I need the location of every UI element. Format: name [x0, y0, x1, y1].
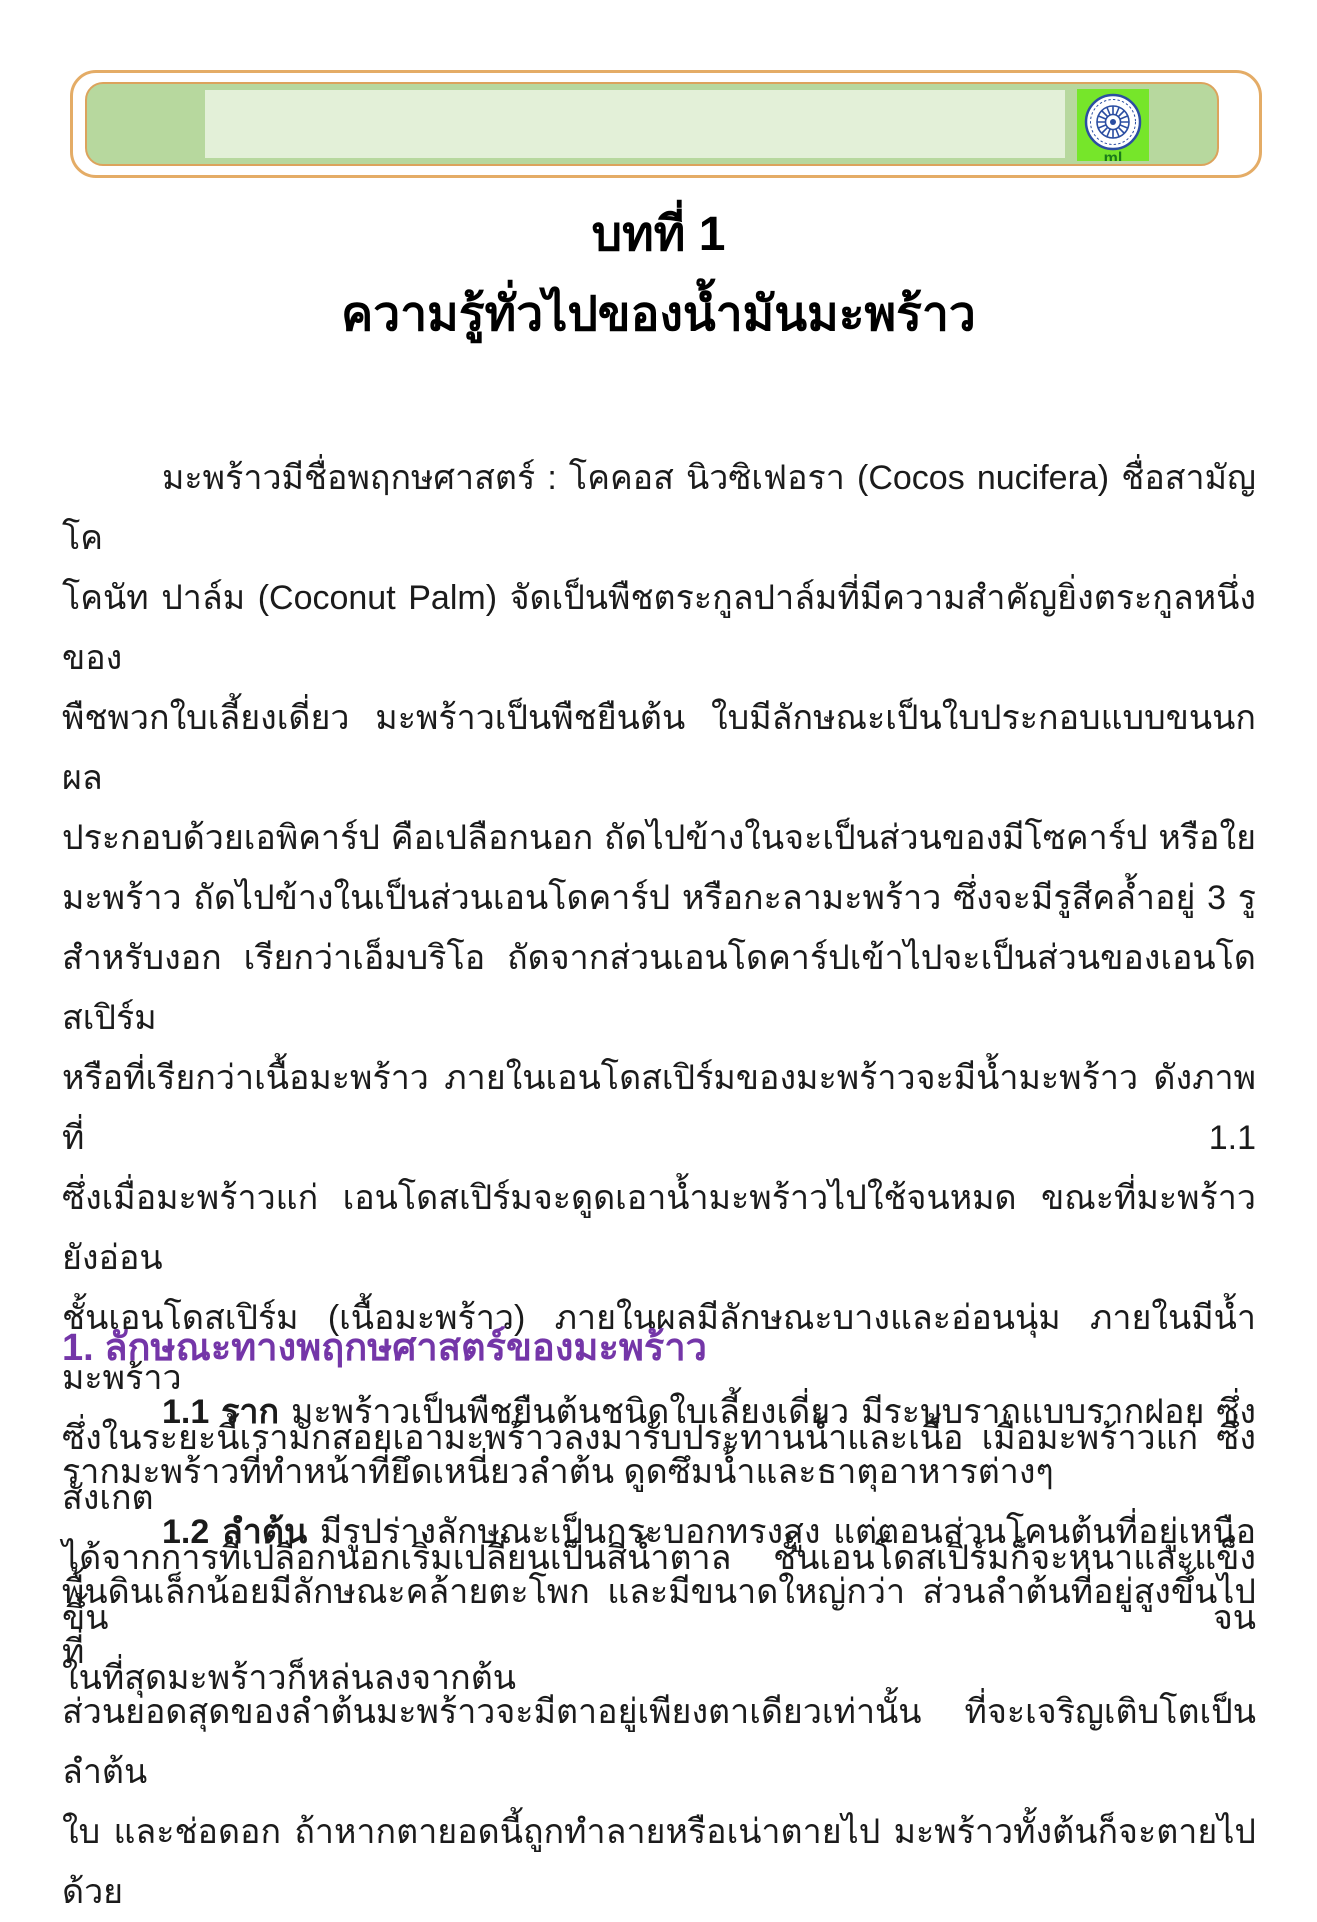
logo-caption: ml	[1104, 150, 1123, 161]
intro-line: ซึ่งเมื่อมะพร้าวแก่ เอนโดสเปิร์มจะดูดเอา…	[62, 1168, 1256, 1288]
intro-line: สำหรับงอก เรียกว่าเอ็มบริโอ ถัดจากส่วนเอ…	[62, 928, 1256, 1048]
university-emblem-icon: ml	[1077, 89, 1149, 161]
section-1-2-line: พื้นดินเล็กน้อยมีลักษณะคล้ายตะโพก และมีข…	[62, 1562, 1256, 1682]
header-banner-green: ml	[85, 82, 1219, 166]
header-banner-content-box	[205, 90, 1065, 158]
section-1-1-text: มะพร้าวเป็นพืชยืนต้นชนิดใบเลี้ยงเดี่ยว ม…	[279, 1393, 1256, 1431]
page-title: ความรู้ทั่วไปของน้ำมันมะพร้าว	[0, 276, 1317, 352]
section-1-1-line: 1.1 ราก มะพร้าวเป็นพืชยืนต้นชนิดใบเลี้ยง…	[62, 1382, 1256, 1442]
section-1-2-label: 1.2 ลำต้น	[162, 1513, 307, 1551]
section-1-2-line: ใบ และช่อดอก ถ้าหากตายอดนี้ถูกทำลายหรือเ…	[62, 1802, 1256, 1922]
intro-line: โคนัท ปาล์ม (Coconut Palm) จัดเป็นพืชตระ…	[62, 568, 1256, 688]
section-heading: 1. ลักษณะทางพฤกษศาสตร์ของมะพร้าว	[62, 1316, 1256, 1377]
intro-line: ประกอบด้วยเอพิคาร์ป คือเปลือกนอก ถัดไปข้…	[62, 808, 1256, 868]
intro-line: หรือที่เรียกว่าเนื้อมะพร้าว ภายในเอนโดสเ…	[62, 1048, 1256, 1168]
university-logo: ml	[1077, 89, 1149, 161]
header-banner: ml	[70, 70, 1262, 178]
section-1-1-label: 1.1 ราก	[162, 1393, 279, 1431]
chapter-title: บทที่ 1	[0, 196, 1317, 272]
section-1-1: 1.1 ราก มะพร้าวเป็นพืชยืนต้นชนิดใบเลี้ยง…	[62, 1382, 1256, 1502]
intro-line: มะพร้าวมีชื่อพฤกษศาสตร์ : โคคอส นิวซิเฟอ…	[62, 448, 1256, 568]
section-1-2: 1.2 ลำต้น มีรูปร่างลักษณะเป็นกระบอกทรงสู…	[62, 1502, 1256, 1922]
intro-line: มะพร้าว ถัดไปข้างในเป็นส่วนเอนโดคาร์ป หร…	[62, 868, 1256, 928]
section-1-2-line: 1.2 ลำต้น มีรูปร่างลักษณะเป็นกระบอกทรงสู…	[62, 1502, 1256, 1562]
section-1-1-line: รากมะพร้าวที่ทำหน้าที่ยึดเหนี่ยวลำต้น ดู…	[62, 1442, 1256, 1502]
intro-line: พืชพวกใบเลี้ยงเดี่ยว มะพร้าวเป็นพืชยืนต้…	[62, 688, 1256, 808]
section-1-2-text: มีรูปร่างลักษณะเป็นกระบอกทรงสูง แต่ตอนส่…	[307, 1513, 1256, 1551]
section-1-2-line: ส่วนยอดสุดของลำต้นมะพร้าวจะมีตาอยู่เพียง…	[62, 1682, 1256, 1802]
